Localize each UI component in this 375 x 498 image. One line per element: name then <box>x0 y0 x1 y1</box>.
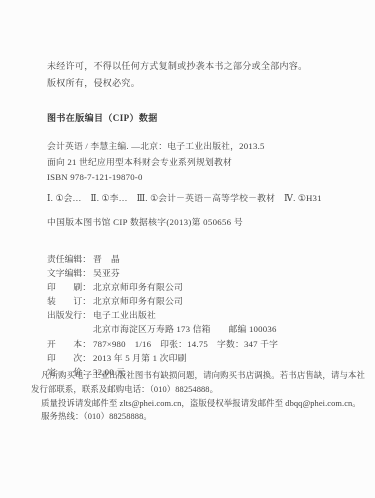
copyright-notice: 未经许可，不得以任何方式复制或抄袭本书之部分或全部内容。 版权所有，侵权必究。 <box>47 58 361 92</box>
cip-title-line: 会计英语 / 李慧主编. —北京：电子工业出版社，2013.5 <box>47 139 361 155</box>
imprint-row-publisher: 出版发行：电子工业出版社 <box>47 308 361 322</box>
copyright-notice-line2: 版权所有，侵权必究。 <box>47 75 361 92</box>
cip-series-line: 面向 21 世纪应用型本科财会专业系列规划教材 <box>47 155 361 171</box>
imprint-label: 装 订： <box>47 294 93 308</box>
imprint-row-printer: 印 刷：北京京师印务有限公司 <box>47 280 361 294</box>
imprint-label: 印 刷： <box>47 280 93 294</box>
imprint-value: 787×980 1/16 印张：14.75 字数：347 千字 <box>93 339 278 349</box>
imprint-row-binder: 装 订：北京京师印务有限公司 <box>47 294 361 308</box>
imprint-value: 吴亚芬 <box>93 268 120 278</box>
cip-record-number: 中国版本图书馆 CIP 数据核字(2013)第 050656 号 <box>47 215 361 228</box>
imprint-value: 晋 晶 <box>93 254 120 264</box>
imprint-row-address: 北京市海淀区万寿路 173 信箱 邮编 100036 <box>47 322 361 336</box>
imprint-label: 开 本： <box>47 337 93 351</box>
imprint-label: 责任编辑： <box>47 252 93 266</box>
imprint-row-editor: 责任编辑：晋 晶 <box>47 252 361 266</box>
imprint-label: 文字编辑： <box>47 266 93 280</box>
imprint-value: 北京市海淀区万寿路 173 信箱 邮编 100036 <box>93 324 277 334</box>
cip-heading: 图书在版编目（CIP）数据 <box>47 111 361 124</box>
service-notice-exchange: 凡所购买电子工业出版社图书有缺损问题，请向购买书店调换。若书店售缺，请与本社发行… <box>31 369 365 397</box>
cip-isbn-line: ISBN 978-7-121-19870-0 <box>47 170 361 186</box>
imprint-row-text-editor: 文字编辑：吴亚芬 <box>47 266 361 280</box>
imprint-label: 印 次： <box>47 351 93 365</box>
imprint-value: 北京京师印务有限公司 <box>93 282 183 292</box>
copyright-notice-line1: 未经许可，不得以任何方式复制或抄袭本书之部分或全部内容。 <box>47 58 361 75</box>
service-notice: 凡所购买电子工业出版社图书有缺损问题，请向购买书店调换。若书店售缺，请与本社发行… <box>31 369 365 424</box>
service-hotline: 服务热线：（010）88258888。 <box>31 410 365 424</box>
cip-record-block: 会计英语 / 李慧主编. —北京：电子工业出版社，2013.5 面向 21 世纪… <box>47 139 361 186</box>
copyright-page: 未经许可，不得以任何方式复制或抄袭本书之部分或全部内容。 版权所有，侵权必究。 … <box>0 0 375 498</box>
imprint-value: 电子工业出版社 <box>93 310 156 320</box>
cip-classification-line: Ⅰ. ①会… Ⅱ. ①李… Ⅲ. ①会计－英语－高等学校－教材 Ⅳ. ①H31 <box>47 191 361 204</box>
imprint-value: 2013 年 5 月第 1 次印刷 <box>93 353 187 363</box>
service-notice-emails: 质量投诉请发邮件至 zlts@phei.com.cn，盗版侵权举报请发邮件至 d… <box>31 397 365 411</box>
imprint-row-print-run: 印 次：2013 年 5 月第 1 次印刷 <box>47 351 361 365</box>
imprint-value: 北京京师印务有限公司 <box>93 296 183 306</box>
imprint-row-format: 开 本：787×980 1/16 印张：14.75 字数：347 千字 <box>47 337 361 351</box>
imprint-block: 责任编辑：晋 晶 文字编辑：吴亚芬 印 刷：北京京师印务有限公司 装 订：北京京… <box>47 252 361 379</box>
imprint-label: 出版发行： <box>47 308 93 322</box>
